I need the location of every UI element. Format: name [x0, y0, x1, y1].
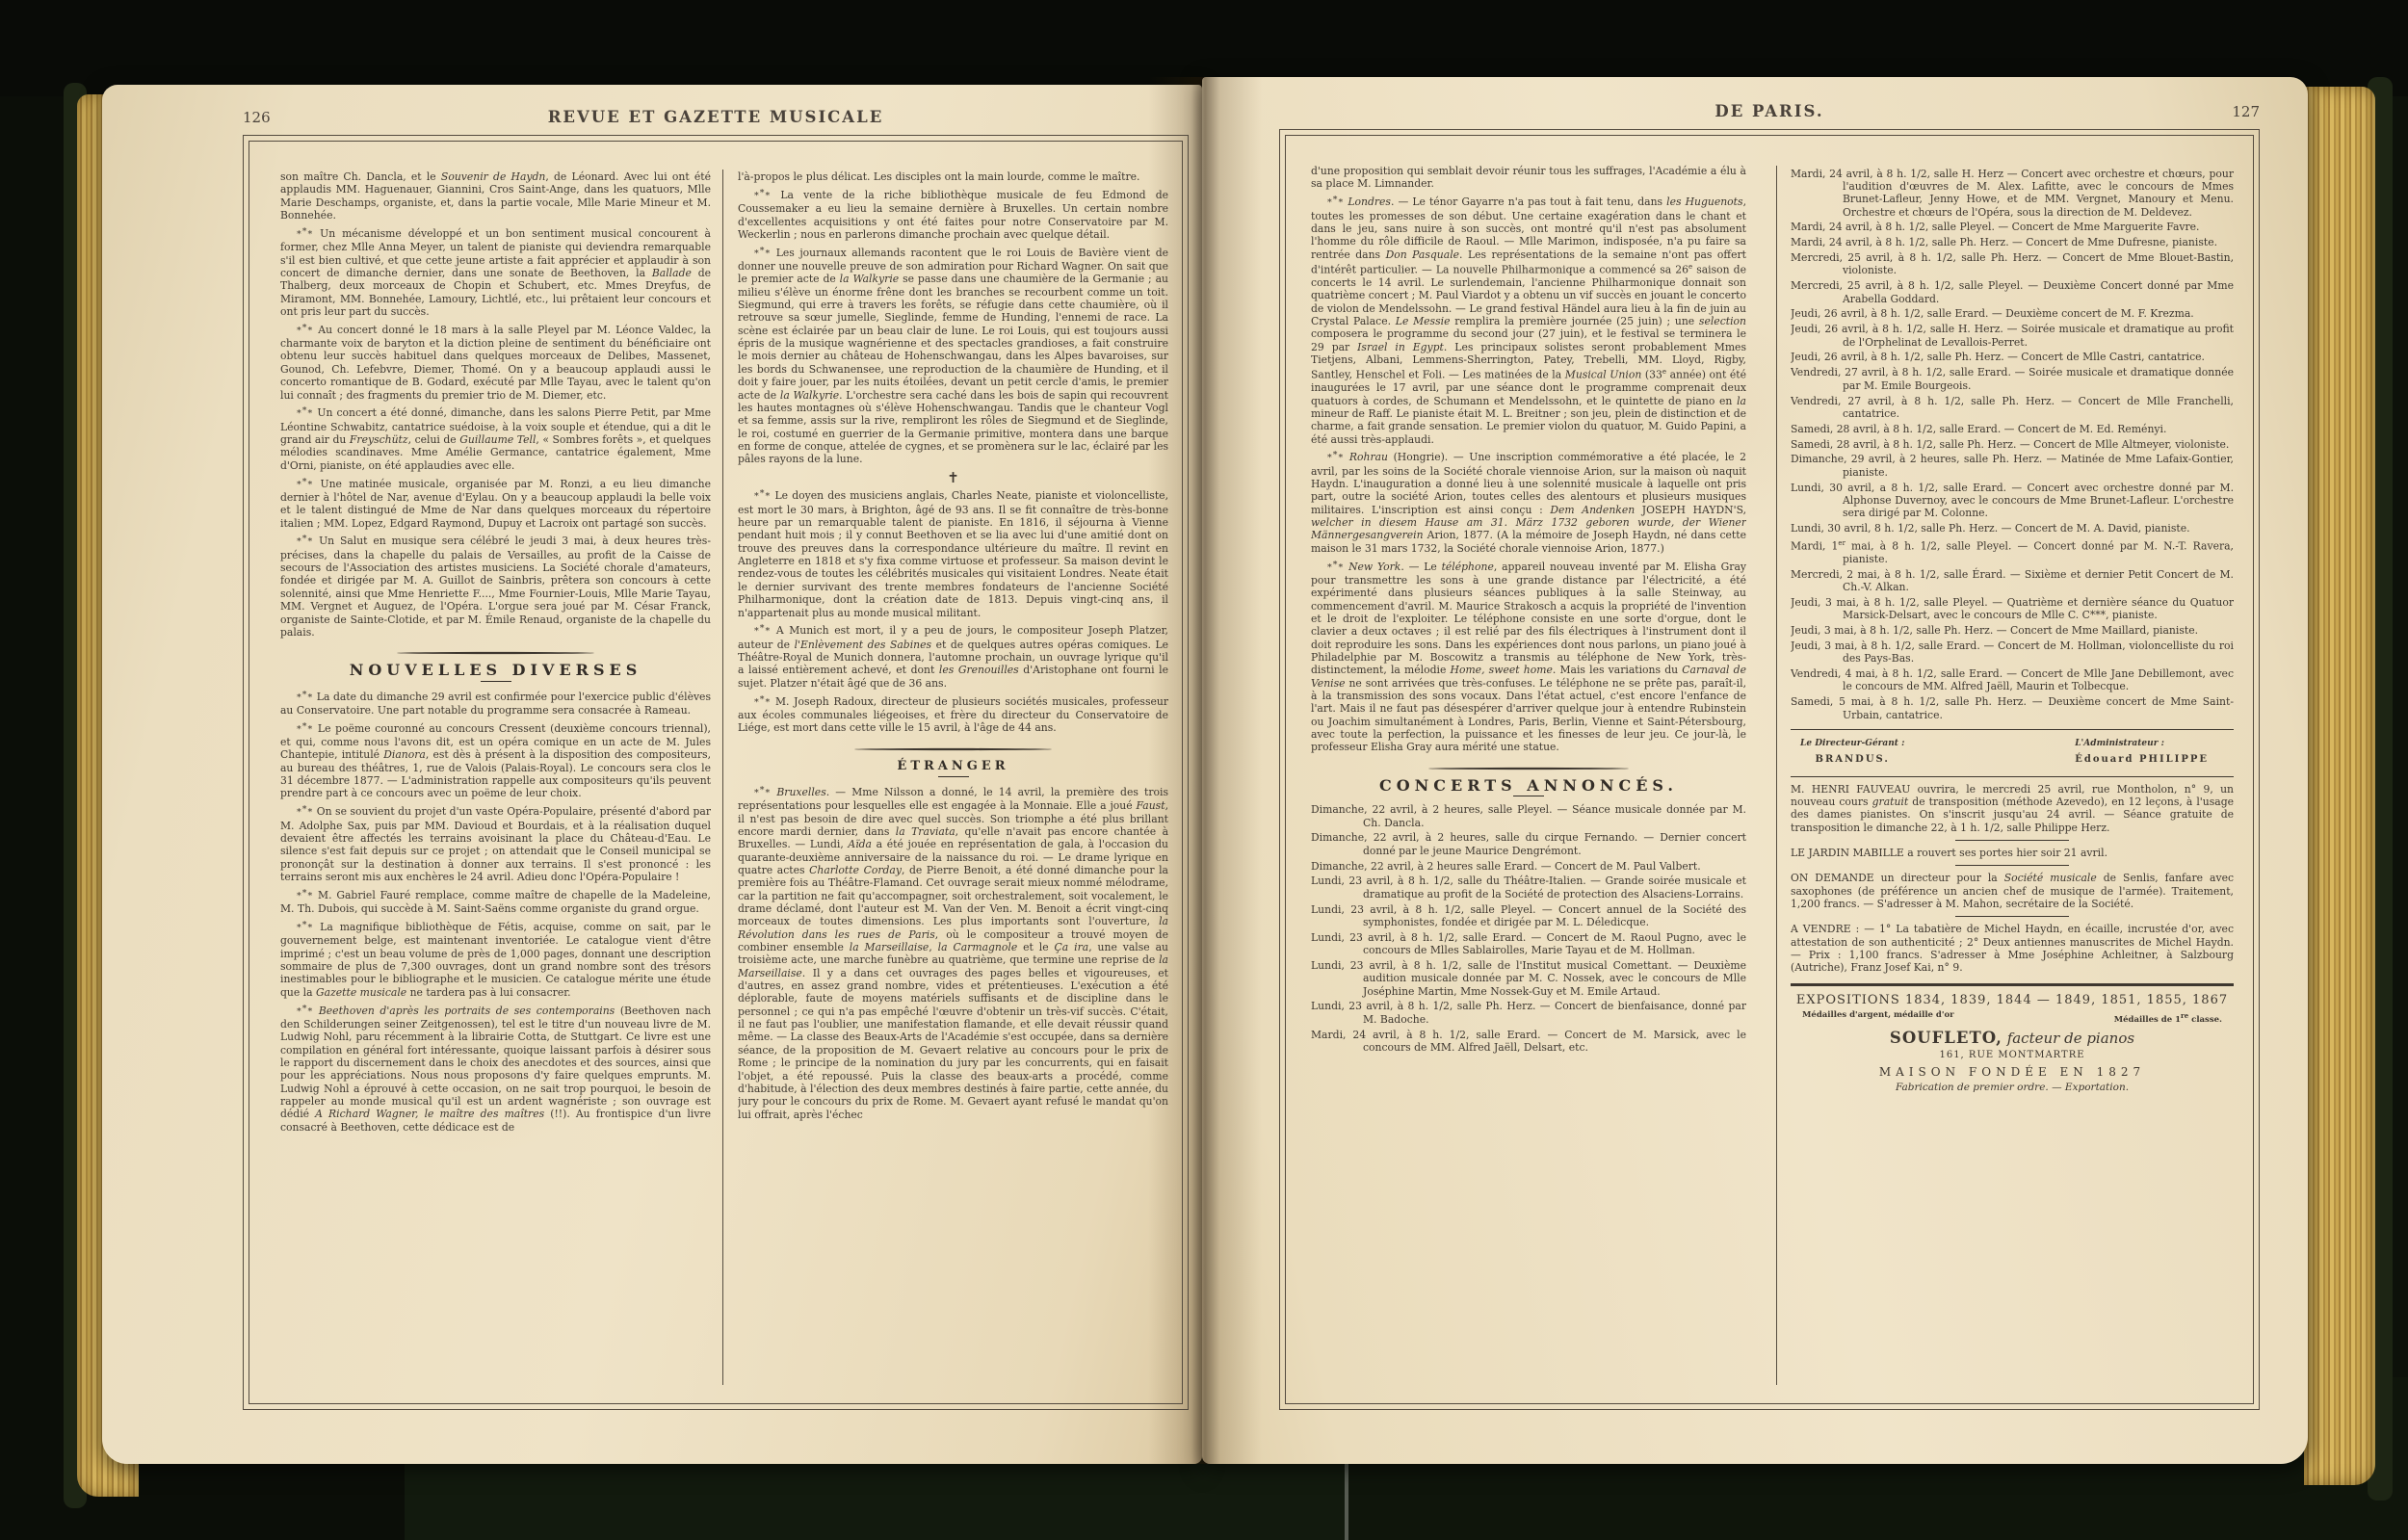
news-paragraph: *** Londres. — Le ténor Gayarre n'a pas … [1311, 194, 1746, 446]
text-column-left-2: l'à-propos le plus délicat. Les disciple… [738, 170, 1168, 1384]
ad-line-expo: EXPOSITIONS 1834, 1839, 1844 — 1849, 185… [1791, 994, 2234, 1006]
text-column-right-1: d'une proposition qui semblait devoir ré… [1311, 165, 1746, 1383]
asterism-ornament: *** [297, 536, 313, 547]
announcement-paragraph: ON DEMANDE un directeur pour la Société … [1791, 872, 2234, 910]
news-paragraph: l'à-propos le plus délicat. Les disciple… [738, 170, 1168, 183]
asterism-ornament: *** [754, 788, 771, 798]
concert-entry: Dimanche, 22 avril, à 2 heures salle Era… [1311, 860, 1746, 873]
concert-entry: Mardi, 1er mai, à 8 h. 1/2, salle Pleyel… [1791, 537, 2234, 565]
news-paragraph: *** Un Salut en musique sera célébré le … [280, 533, 711, 639]
concert-entry: Vendredi, 27 avril, à 8 h. 1/2, salle Ph… [1791, 395, 2234, 421]
concert-entry: Lundi, 30 avril, 8 h. 1/2, salle Ph. Her… [1791, 522, 2234, 535]
news-paragraph: *** Une matinée musicale, organisée par … [280, 476, 711, 530]
swelled-divider-rule [854, 747, 1053, 749]
asterism-ornament: *** [297, 923, 313, 933]
concert-entry: Vendredi, 4 mai, à 8 h. 1/2, salle Erard… [1791, 667, 2234, 693]
news-paragraph: *** Un concert a été donné, dimanche, da… [280, 405, 711, 472]
concert-entry: Lundi, 30 avril, a 8 h. 1/2, salle Erard… [1791, 482, 2234, 520]
running-head-left: 126 REVUE ET GAZETTE MUSICALE [243, 108, 1189, 126]
journal-title-left: REVUE ET GAZETTE MUSICALE [548, 108, 884, 126]
column-divider [722, 170, 723, 1385]
text-column-left-1: son maître Ch. Dancla, et le Souvenir de… [280, 170, 711, 1384]
asterism-ornament: *** [297, 408, 313, 419]
concert-entry: Mercredi, 25 avril, à 8 h. 1/2, salle Ph… [1791, 251, 2234, 277]
asterism-ornament: *** [297, 692, 313, 703]
table-seam [1345, 1452, 1348, 1540]
asterism-ornament: *** [1327, 453, 1344, 463]
asterism-ornament: *** [297, 807, 313, 818]
asterism-ornament: *** [297, 480, 313, 490]
signature-name: BRANDUS. [1800, 753, 1904, 766]
news-paragraph: *** On se souvient du projet d'un vaste … [280, 803, 711, 883]
signature-name: Édouard PHILIPPE [2075, 753, 2209, 766]
short-divider-rule [1955, 916, 2069, 917]
news-paragraph: d'une proposition qui semblait devoir ré… [1311, 165, 1746, 191]
news-paragraph: *** La vente de la riche bibliothèque mu… [738, 187, 1168, 241]
news-paragraph: *** Rohrau (Hongrie). — Une inscription … [1311, 449, 1746, 555]
ad-line-tagline: Fabrication de premier ordre. — Exportat… [1791, 1082, 2234, 1094]
concert-entry: Lundi, 23 avril, à 8 h. 1/2, salle Ph. H… [1311, 1000, 1746, 1026]
concert-entry: Dimanche, 29 avril, à 2 heures, salle Ph… [1791, 453, 2234, 479]
swelled-divider-rule [1428, 768, 1629, 770]
book-spread-photo: { "journal": { "left_running_title": "RE… [0, 0, 2408, 1540]
heading-dash [1513, 796, 1544, 796]
asterism-ornament: *** [754, 191, 771, 201]
concert-entry: Lundi, 23 avril, à 8 h. 1/2, salle de l'… [1311, 959, 1746, 998]
concert-entry: Lundi, 23 avril, à 8 h. 1/2, salle Pleye… [1311, 903, 1746, 929]
heading-dash [481, 681, 511, 682]
section-heading: CONCERTS ANNONCÉS. [1311, 779, 1746, 792]
news-paragraph: *** Beethoven d'après les portraits de s… [280, 1003, 711, 1134]
ad-line-addr: 161, RUE MONTMARTRE [1791, 1049, 2234, 1061]
swelled-divider-rule [397, 652, 595, 654]
section-heading-block: CONCERTS ANNONCÉS. [1311, 779, 1746, 796]
asterism-ornament: *** [754, 248, 771, 259]
ad-line-medals: Médailles d'argent, médaille d'orMédaill… [1791, 1009, 2234, 1027]
concert-entry: Lundi, 23 avril, à 8 h. 1/2, salle Erard… [1311, 931, 1746, 957]
ad-line-founded: MAISON FONDÉE EN 1827 [1791, 1066, 2234, 1079]
concert-entry: Jeudi, 26 avril, à 8 h. 1/2, salle Erard… [1791, 307, 2234, 320]
signature-director: Le Directeur-Gérant :BRANDUS. [1800, 738, 1904, 767]
signature-label: Le Directeur-Gérant : [1800, 738, 1904, 750]
asterism-ornament: *** [1327, 562, 1344, 573]
asterism-ornament: *** [754, 697, 771, 708]
news-paragraph: *** La date du dimanche 29 avril est con… [280, 689, 711, 718]
concert-entry: Samedi, 28 avril, à 8 h. 1/2, salle Erar… [1791, 423, 2234, 435]
asterism-ornament: *** [297, 1006, 313, 1017]
concert-entry: Vendredi, 27 avril, à 8 h. 1/2, salle Er… [1791, 366, 2234, 392]
ad-line-name: SOUFLETO, facteur de pianos [1791, 1031, 2234, 1045]
concert-entry: Jeudi, 26 avril, à 8 h. 1/2, salle Ph. H… [1791, 351, 2234, 363]
page-number-right: 127 [2202, 103, 2260, 120]
concert-entry: Jeudi, 3 mai, à 8 h. 1/2, salle Pleyel. … [1791, 596, 2234, 622]
column-divider [1776, 166, 1777, 1385]
news-paragraph: *** Le poëme couronné au concours Cresse… [280, 720, 711, 800]
signature-administrator: L'Administrateur :Édouard PHILIPPE [2075, 738, 2209, 767]
news-paragraph: *** Au concert donné le 18 mars à la sal… [280, 322, 711, 402]
asterism-ornament: *** [754, 491, 771, 502]
concert-entry: Jeudi, 26 avril, à 8 h. 1/2, salle H. He… [1791, 323, 2234, 349]
concert-entry: Mercredi, 2 mai, à 8 h. 1/2, salle Érard… [1791, 568, 2234, 594]
masthead-signatures: Le Directeur-Gérant :BRANDUS.L'Administr… [1791, 736, 2234, 769]
thick-divider-rule [1791, 983, 2234, 986]
news-paragraph: *** M. Gabriel Fauré remplace, comme maî… [280, 887, 711, 916]
announcement-paragraph: LE JARDIN MABILLE a rouvert ses portes h… [1791, 847, 2234, 859]
section-heading-block: ÉTRANGER [738, 760, 1168, 777]
news-paragraph: *** La magnifique bibliothèque de Fétis,… [280, 919, 711, 999]
gilded-page-edges [2304, 87, 2375, 1485]
section-heading: NOUVELLES DIVERSES [280, 664, 711, 676]
divider-rule [1791, 776, 2234, 777]
concert-entry: Dimanche, 22 avril, à 2 heures, salle du… [1311, 831, 1746, 857]
section-heading: ÉTRANGER [738, 760, 1168, 772]
text-column-right-2: Mardi, 24 avril, à 8 h. 1/2, salle H. He… [1791, 165, 2234, 1383]
section-heading-block: NOUVELLES DIVERSES [280, 664, 711, 681]
asterism-ornament: *** [297, 326, 313, 336]
news-paragraph: son maître Ch. Dancla, et le Souvenir de… [280, 170, 711, 222]
running-head-right: DE PARIS. 127 [1279, 102, 2260, 120]
signature-label: L'Administrateur : [2075, 738, 2209, 750]
concert-entry: Mardi, 24 avril, à 8 h. 1/2, salle H. He… [1791, 168, 2234, 219]
journal-title-right: DE PARIS. [1714, 102, 1823, 120]
concert-entry: Mardi, 24 avril, à 8 h. 1/2, salle Erard… [1311, 1029, 1746, 1055]
news-paragraph: *** Les journaux allemands racontent que… [738, 245, 1168, 466]
concert-entry: Jeudi, 3 mai, à 8 h. 1/2, salle Ph. Herz… [1791, 624, 2234, 637]
short-divider-rule [1955, 865, 2069, 866]
short-divider-rule [1955, 840, 2069, 841]
concert-entry: Samedi, 28 avril, à 8 h. 1/2, salle Ph. … [1791, 438, 2234, 451]
concert-entry: Jeudi, 3 mai, à 8 h. 1/2, salle Erard. —… [1791, 639, 2234, 666]
announcement-paragraph: A VENDRE : — 1° La tabatière de Michel H… [1791, 923, 2234, 974]
asterism-ornament: *** [297, 229, 313, 240]
page-number-left: 126 [243, 109, 301, 126]
news-paragraph: *** A Munich est mort, il y a peu de jou… [738, 622, 1168, 690]
concert-entry: Mercredi, 25 avril, à 8 h. 1/2, salle Pl… [1791, 279, 2234, 305]
cross-ornament: ✝ [738, 472, 1168, 484]
asterism-ornament: *** [297, 891, 313, 901]
news-paragraph: *** Bruxelles. — Mme Nilsson a donné, le… [738, 784, 1168, 1121]
heading-dash [938, 776, 969, 777]
asterism-ornament: *** [297, 724, 313, 735]
news-paragraph: *** Un mécanisme développé et un bon sen… [280, 225, 711, 318]
news-paragraph: *** New York. — Le téléphone, appareil n… [1311, 559, 1746, 754]
concert-entry: Samedi, 5 mai, à 8 h. 1/2, salle Ph. Her… [1791, 695, 2234, 721]
asterism-ornament: *** [1327, 197, 1344, 208]
news-paragraph: *** M. Joseph Radoux, directeur de plusi… [738, 693, 1168, 735]
asterism-ornament: *** [754, 626, 771, 637]
concert-entry: Dimanche, 22 avril, à 2 heures, salle Pl… [1311, 803, 1746, 829]
concert-entry: Mardi, 24 avril, à 8 h. 1/2, salle Ph. H… [1791, 236, 2234, 248]
announcement-paragraph: M. HENRI FAUVEAU ouvrira, le mercredi 25… [1791, 783, 2234, 834]
divider-rule [1791, 729, 2234, 730]
concert-entry: Lundi, 23 avril, à 8 h. 1/2, salle du Th… [1311, 874, 1746, 901]
concert-entry: Mardi, 24 avril, à 8 h. 1/2, salle Pleye… [1791, 221, 2234, 233]
news-paragraph: *** Le doyen des musiciens anglais, Char… [738, 487, 1168, 618]
